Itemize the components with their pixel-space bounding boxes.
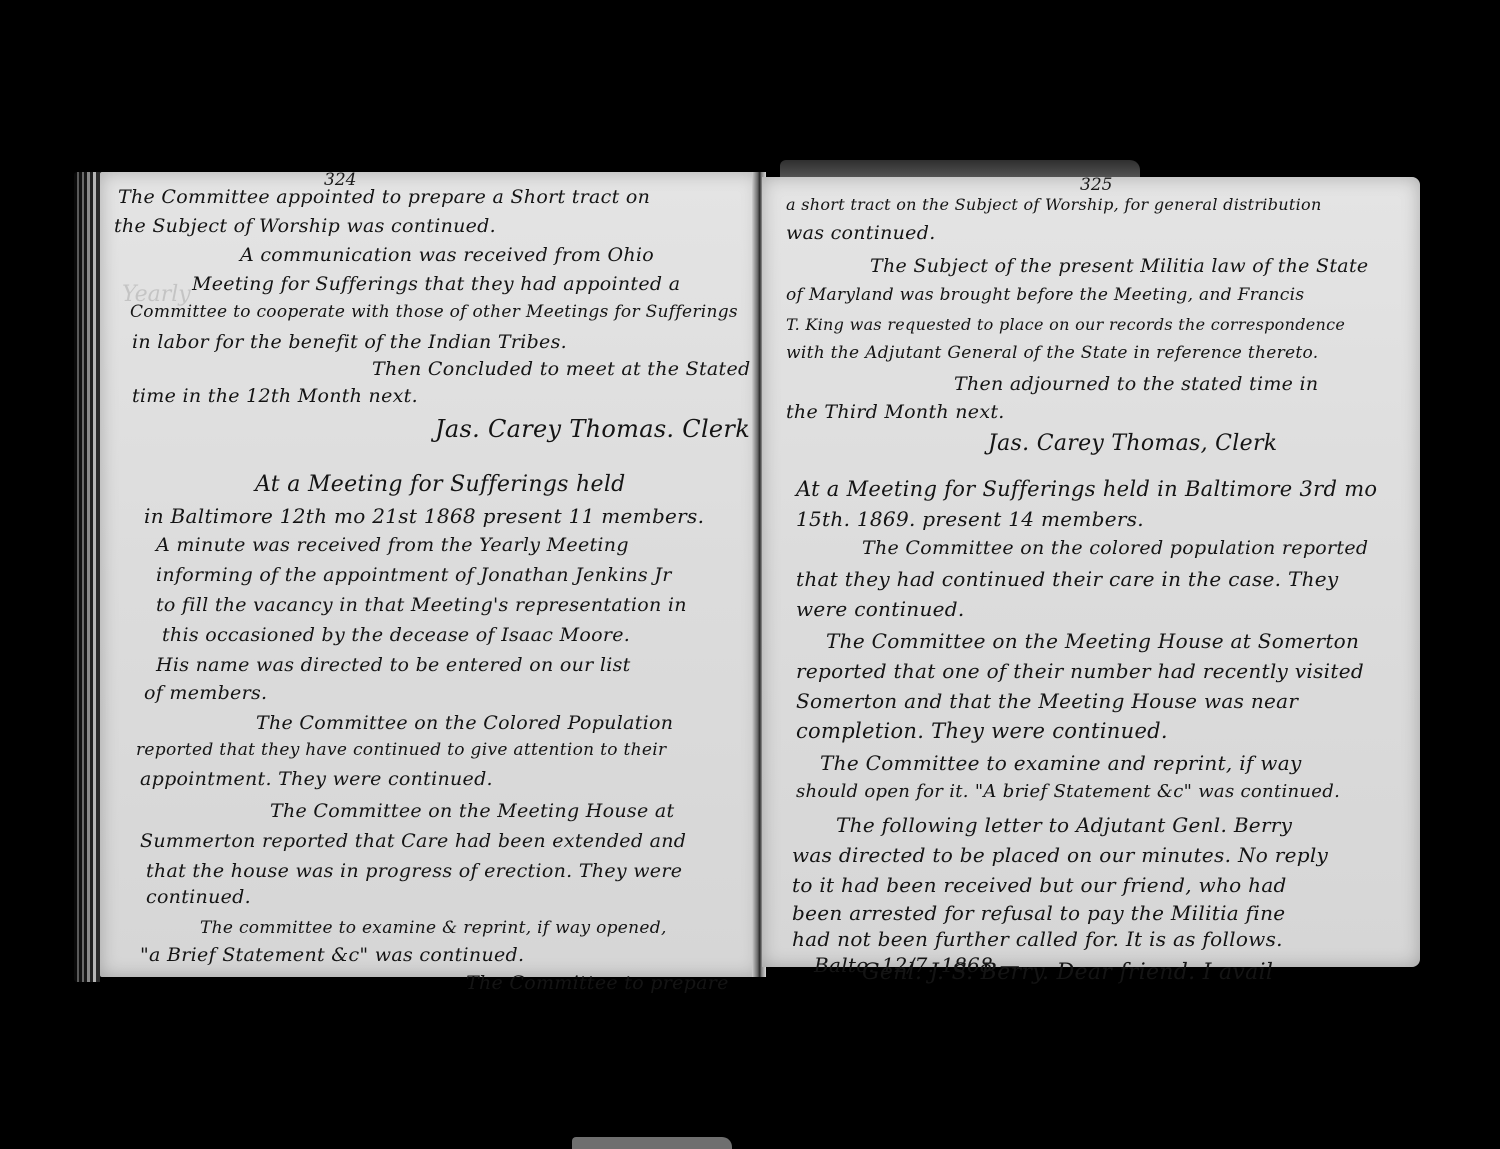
text-line: the Subject of Worship was continued. [114, 215, 496, 237]
text-line: was directed to be placed on our minutes… [792, 843, 1328, 867]
text-line: The Committee on the colored population … [862, 537, 1368, 559]
text-line: was continued. [786, 222, 936, 244]
text-line: The Committee appointed to prepare a Sho… [118, 186, 650, 208]
text-line: At a Meeting for Sufferings held [255, 472, 626, 497]
text-line: A minute was received from the Yearly Me… [156, 534, 629, 556]
text-line: reported that they have continued to giv… [136, 740, 666, 760]
text-line: The Committee to prepare [466, 972, 729, 994]
text-line: of members. [144, 682, 267, 704]
text-line: that they had continued their care in th… [796, 567, 1339, 591]
scanned-manuscript: 324 Yearly The Committee appointed to pr… [0, 0, 1500, 1149]
text-line: of Maryland was brought before the Meeti… [786, 285, 1304, 305]
text-line: The Subject of the present Militia law o… [870, 255, 1368, 277]
text-line: been arrested for refusal to pay the Mil… [792, 901, 1285, 925]
text-line: The Committee on the Colored Population [256, 712, 673, 734]
text-line: Then Concluded to meet at the Stated [372, 358, 750, 380]
text-line: Committee to cooperate with those of oth… [130, 302, 738, 322]
text-line: time in the 12th Month next. [132, 385, 418, 407]
text-line: Genl. J. S. Berry. Dear friend. I avail [862, 960, 1273, 985]
text-line: should open for it. "A brief Statement &… [796, 781, 1340, 802]
text-line: At a Meeting for Sufferings held in Balt… [796, 477, 1377, 501]
text-line: a short tract on the Subject of Worship,… [786, 195, 1322, 214]
text-line: completion. They were continued. [796, 719, 1168, 743]
text-line: to fill the vacancy in that Meeting's re… [156, 594, 687, 616]
text-line: His name was directed to be entered on o… [156, 654, 631, 676]
text-line: The Committee on the Meeting House at [270, 800, 674, 822]
text-line: The Committee on the Meeting House at So… [826, 629, 1359, 653]
text-line: to it had been received but our friend, … [792, 873, 1287, 897]
text-line: that the house was in progress of erecti… [146, 860, 682, 882]
left-page: 324 Yearly The Committee appointed to pr… [100, 172, 760, 977]
text-line: reported that one of their number had re… [796, 659, 1364, 683]
right-page: 325 a short tract on the Subject of Wors… [762, 177, 1420, 967]
page-stack-edge [74, 172, 100, 982]
text-line: The committee to examine & reprint, if w… [200, 918, 667, 938]
text-line: with the Adjutant General of the State i… [786, 343, 1318, 363]
text-line: A communication was received from Ohio [240, 244, 654, 266]
text-line: continued. [146, 886, 251, 908]
text-line: The Committee to examine and reprint, if… [820, 751, 1302, 775]
text-line: had not been further called for. It is a… [792, 927, 1283, 951]
clerk-signature: Jas. Carey Thomas, Clerk [988, 431, 1277, 456]
text-line: appointment. They were continued. [140, 768, 493, 790]
text-line: The following letter to Adjutant Genl. B… [836, 813, 1292, 837]
text-line: "a Brief Statement &c" was continued. [140, 944, 524, 966]
text-line: informing of the appointment of Jonathan… [156, 564, 672, 586]
text-line: Summerton reported that Care had been ex… [140, 830, 686, 852]
text-line: the Third Month next. [786, 401, 1005, 423]
text-line: Somerton and that the Meeting House was … [796, 689, 1298, 713]
text-line: Then adjourned to the stated time in [954, 373, 1318, 395]
text-line: 15th. 1869. present 14 members. [796, 507, 1144, 531]
clerk-signature: Jas. Carey Thomas. Clerk. [435, 415, 758, 443]
text-line: this occasioned by the decease of Isaac … [162, 624, 630, 646]
text-line: in Baltimore 12th mo 21st 1868 present 1… [144, 504, 704, 528]
text-line: in labor for the benefit of the Indian T… [132, 331, 567, 353]
text-line: T. King was requested to place on our re… [786, 315, 1345, 334]
page-number-right: 325 [1080, 175, 1112, 195]
text-line: Meeting for Sufferings that they had app… [192, 273, 680, 295]
text-line: were continued. [796, 597, 965, 621]
page-tab-bottom [572, 1137, 732, 1149]
